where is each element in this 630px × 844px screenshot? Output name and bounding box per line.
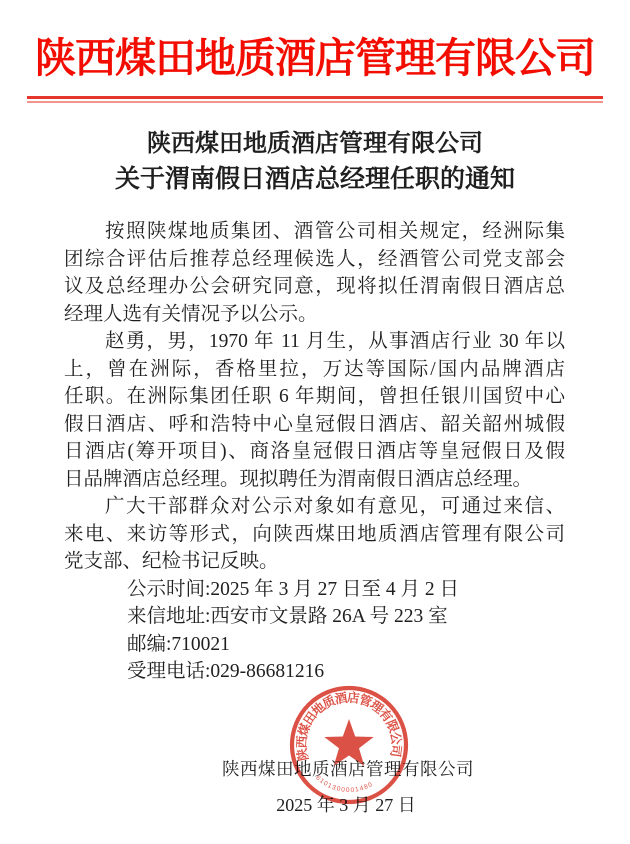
body-line: 假日酒店、呼和浩特中心皇冠假日酒店、韶关韶州城假: [64, 411, 565, 439]
body-line: 广大干部群众对公示对象如有意见，可通过来信、: [64, 493, 565, 521]
notice-title: 陕西煤田地质酒店管理有限公司 关于渭南假日酒店总经理任职的通知: [0, 126, 630, 198]
body-line: 来信地址:西安市文景路 26A 号 223 室: [64, 603, 565, 631]
body-line: 议及总经理办公会研究同意，现将拟任渭南假日酒店总: [64, 273, 565, 301]
body-line: 日品牌酒店总经理。现拟聘任为渭南假日酒店总经理。: [64, 466, 565, 494]
notice-title-line2: 关于渭南假日酒店总经理任职的通知: [0, 162, 630, 198]
seal-number: 6101300001480: [314, 774, 374, 794]
seal-star: [324, 719, 373, 766]
body-line: 按照陕煤地质集团、酒管公司相关规定，经洲际集: [64, 218, 565, 246]
divider-thin-line: [27, 101, 603, 103]
body-line: 任职。在洲际集团任职 6 年期间，曾担任银川国贸中心: [64, 383, 565, 411]
body-line: 邮编:710021: [64, 631, 565, 659]
body-line: 经理人选有关情况予以公示。: [64, 301, 565, 329]
body-line: 来电、来访等形式，向陕西煤田地质酒店管理有限公司: [64, 521, 565, 549]
notice-document-page: 陕西煤田地质酒店管理有限公司 陕西煤田地质酒店管理有限公司 关于渭南假日酒店总经…: [0, 0, 630, 844]
body-line: 日酒店(筹开项目)、商洛皇冠假日酒店等皇冠假日及假: [64, 438, 565, 466]
letterhead-company-name: 陕西煤田地质酒店管理有限公司: [0, 0, 630, 87]
notice-title-line1: 陕西煤田地质酒店管理有限公司: [0, 126, 630, 162]
divider-thick-line: [27, 96, 603, 99]
body-line: 党支部、纪检书记反映。: [64, 548, 565, 576]
body-line: 上，曾在洲际，香格里拉，万达等国际/国内品牌酒店: [64, 356, 565, 384]
body-line: 公示时间:2025 年 3 月 27 日至 4 月 2 日: [64, 576, 565, 604]
body-line: 团综合评估后推荐总经理候选人，经酒管公司党支部会: [64, 246, 565, 274]
letterhead-divider: [27, 96, 603, 103]
body-line: 受理电话:029-86681216: [64, 658, 565, 686]
body-line: 赵勇，男，1970 年 11 月生，从事酒店行业 30 年以: [64, 328, 565, 356]
svg-text:6101300001480: 6101300001480: [314, 774, 374, 794]
notice-body: 按照陕煤地质集团、酒管公司相关规定，经洲际集团综合评估后推荐总经理候选人，经酒管…: [64, 218, 565, 686]
official-seal: 陕西煤田地质酒店管理有限公司 6101300001480: [288, 684, 410, 806]
